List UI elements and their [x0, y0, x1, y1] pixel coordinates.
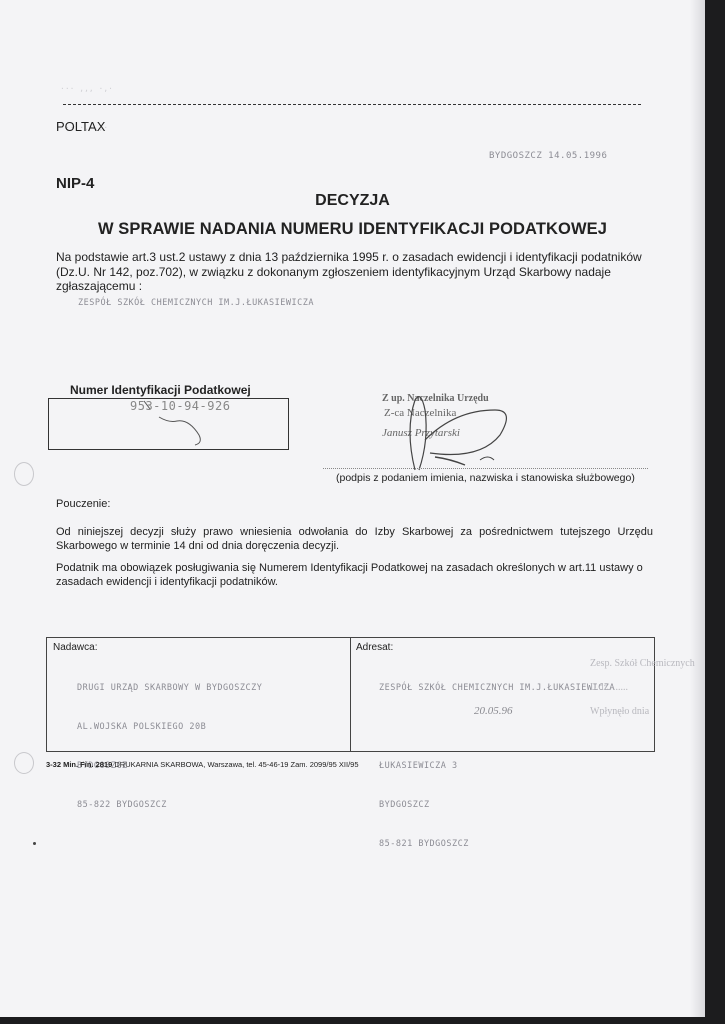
form-publisher: POLTAX [56, 119, 105, 134]
instruction-appeal-text: Od niniejszej decyzji służy prawo wniesi… [56, 525, 653, 553]
addressee-line: ŁUKASIEWICZA 3 [379, 760, 615, 773]
taxpayer-name: ZESPÓŁ SZKÓŁ CHEMICZNYCH IM.J.ŁUKASIEWIC… [78, 298, 314, 308]
instruction-obligation-text: Podatnik ma obowiązek posługiwania się N… [56, 561, 653, 589]
sender-address: DRUGI URZĄD SKARBOWY W BYDGOSZCZY AL.WOJ… [77, 656, 262, 838]
signature-caption: (podpis z podaniem imienia, nazwiska i s… [336, 472, 635, 484]
print-footer: 3-32 Min. Fin. 2819 DRUKARNIA SKARBOWA, … [46, 760, 359, 769]
punch-hole-mark-icon [14, 462, 34, 486]
instruction-label: Pouczenie: [56, 498, 110, 510]
page-edge-shadow [690, 0, 705, 1017]
place-date: BYDGOSZCZ 14.05.1996 [489, 151, 607, 161]
nip-value: 953-10-94-926 [130, 399, 230, 413]
scanned-document-page: ··· ,,, ·,· ··· ·,·,,· POLTAX BYDGOSZCZ … [0, 0, 705, 1017]
received-stamp-line: Zesp. Szkół Chemicznych [590, 652, 695, 676]
document-title: DECYZJA [0, 192, 705, 210]
received-stamp-line: Wpłynęło dnia [590, 700, 695, 724]
faint-line: ··· ,,, ·,· [60, 82, 113, 95]
faint-header-marks: ··· ,,, ·,· ··· ·,·,,· [60, 56, 113, 160]
handwritten-signature-icon [395, 385, 535, 475]
punch-hole-mark-icon [14, 752, 34, 774]
addressee-line: 85-821 BYDGOSZCZ [379, 838, 615, 851]
footer-code: 3-32 Min. Fin. 2819 [46, 760, 112, 769]
sender-line: 85-822 BYDGOSZCZ [77, 799, 262, 812]
document-subtitle: W SPRAWIE NADANIA NUMERU IDENTYFIKACJI P… [0, 220, 705, 239]
addressee-line: BYDGOSZCZ [379, 799, 615, 812]
sender-line: DRUGI URZĄD SKARBOWY W BYDGOSZCZY [77, 682, 262, 695]
speck-mark [33, 842, 36, 845]
addressee-address: ZESPÓŁ SZKÓŁ CHEMICZNYCH IM.J.ŁUKASIEWIC… [379, 656, 615, 877]
address-box-divider [350, 637, 351, 752]
sender-label: Nadawca: [53, 642, 97, 653]
footer-text: DRUKARNIA SKARBOWA, Warszawa, tel. 45-46… [114, 760, 358, 769]
form-code: NIP-4 [56, 175, 94, 192]
signature-line [323, 468, 648, 469]
cut-line-divider [63, 104, 641, 105]
sender-line: AL.WOJSKA POLSKIEGO 20B [77, 721, 262, 734]
addressee-label: Adresat: [356, 642, 393, 653]
received-stamp-line: L.dz. ...... [590, 676, 695, 700]
legal-basis-text: Na podstawie art.3 ust.2 ustawy z dnia 1… [56, 250, 656, 294]
addressee-line [379, 721, 615, 734]
addressee-line: ZESPÓŁ SZKÓŁ CHEMICZNYCH IM.J.ŁUKASIEWIC… [379, 682, 615, 695]
received-stamp: Zesp. Szkół Chemicznych L.dz. ...... Wpł… [590, 652, 695, 724]
handwritten-received-date: 20.05.96 [474, 705, 513, 717]
nip-label: Numer Identyfikacji Podatkowej [70, 383, 251, 397]
